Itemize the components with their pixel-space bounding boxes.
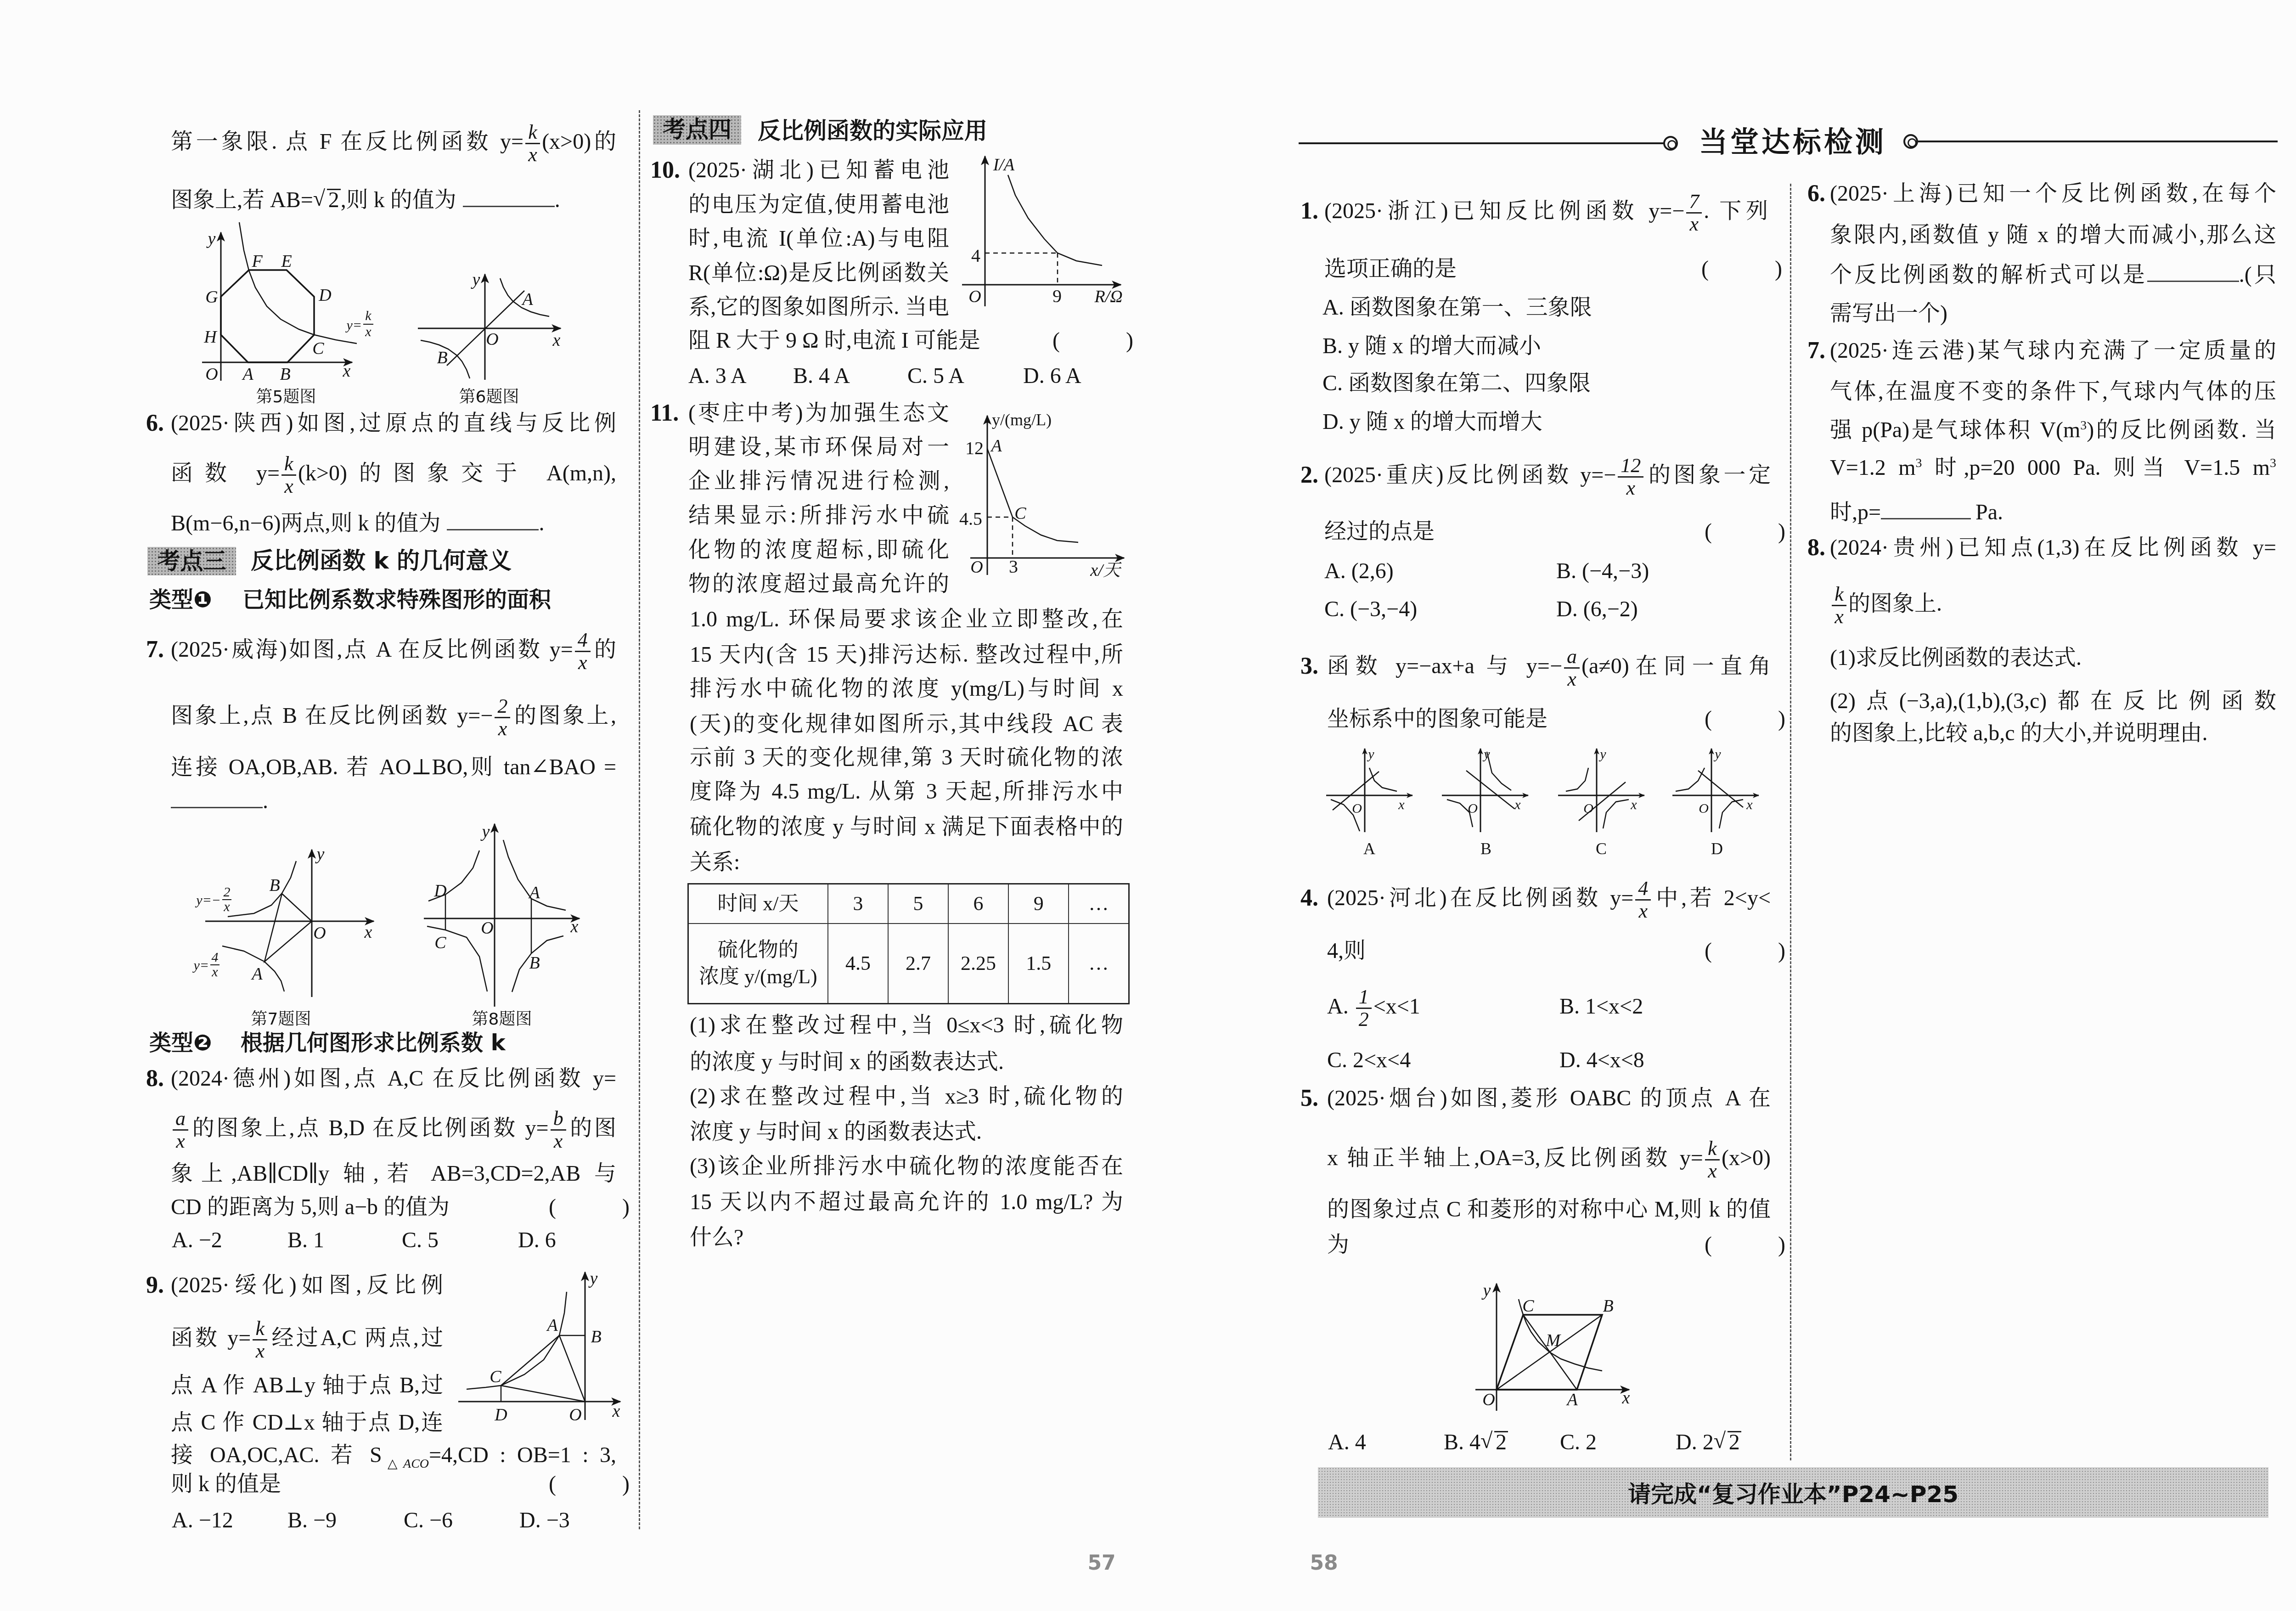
hyperbola-curve: [239, 222, 357, 344]
point-label: E: [281, 252, 292, 271]
axis-label: y: [206, 229, 216, 248]
axis-label: R/Ω: [1094, 287, 1122, 306]
point-label: C: [1014, 504, 1026, 523]
point-label: F: [251, 252, 263, 271]
q3-graph-a: O x y A: [1326, 747, 1412, 858]
origin-label: O: [1352, 801, 1362, 816]
point-label: C: [1522, 1296, 1534, 1316]
tick-label: 4.5: [959, 508, 982, 529]
origin-label: O: [481, 918, 493, 938]
axis-label: y: [471, 270, 480, 289]
axis-label: x: [343, 361, 351, 381]
origin-label: O: [1482, 1390, 1495, 1409]
octagon-shape: [221, 270, 314, 362]
point-label: A: [528, 883, 540, 902]
point-label: A: [546, 1316, 558, 1335]
origin-label: O: [970, 558, 983, 577]
axis-label: y: [480, 822, 490, 841]
point-label: D: [494, 1405, 507, 1425]
figure-q11-concentration: y/(mg/L) 12 A 4.5 C O 3 x/天: [959, 411, 1124, 580]
curve-label-numerator: 2: [224, 884, 231, 900]
q3-graph-c: O x y C: [1558, 747, 1644, 858]
point-label: H: [203, 327, 218, 347]
hyperbola-branch: [1676, 768, 1705, 791]
figure-q8: y D A O x C B 第8题图: [424, 822, 580, 1029]
q3-graph-b: O x y B: [1442, 747, 1528, 858]
axis-label: x: [612, 1402, 620, 1421]
axis-label: y: [315, 845, 325, 864]
figure-caption: 第7题图: [251, 1010, 311, 1029]
axis-label: x: [552, 331, 561, 350]
segment-OC: [501, 1386, 585, 1402]
curve-label-numerator: k: [365, 308, 371, 323]
axis-label: y: [1481, 1281, 1491, 1300]
point-label: A: [250, 964, 263, 984]
axis-label: x: [364, 923, 372, 942]
hyperbola-branch: [1603, 800, 1629, 828]
segment-OA: [559, 1335, 585, 1402]
axis-label: y: [1713, 747, 1721, 762]
point-label: G: [205, 287, 218, 307]
curve-label-denominator: x: [211, 964, 218, 980]
origin-label: O: [205, 365, 218, 384]
origin-label: O: [1699, 801, 1709, 816]
origin-label: O: [1583, 801, 1593, 816]
figure-q5-rhombus: y C B M O A x: [1475, 1281, 1630, 1411]
origin-label: O: [569, 1405, 581, 1425]
axis-label: x: [1630, 797, 1637, 812]
axis-label: y: [1367, 747, 1374, 762]
figures-layer: y F E G D H C O A B x y= k x 第5题图 y A O …: [0, 0, 2296, 1611]
hyperbola-branch: [1566, 768, 1588, 791]
graph-option-label: A: [1363, 839, 1375, 858]
point-label: A: [990, 436, 1002, 456]
point-label: B: [280, 365, 290, 384]
triangle-AOB: [264, 894, 312, 962]
point-label: C: [312, 339, 324, 358]
tick-label: 4: [971, 245, 980, 266]
curve-label: y=−: [195, 893, 221, 908]
hyperbola-branch: [1369, 768, 1397, 791]
point-label: B: [591, 1327, 601, 1346]
point-label: D: [318, 286, 331, 305]
tick-label: 12: [965, 438, 984, 458]
origin-label: O: [486, 330, 498, 349]
tick-label: 9: [1052, 286, 1062, 306]
point-label: B: [437, 348, 447, 367]
figure-q6: y A O x B 第6题图: [418, 270, 561, 406]
curve-label: y=: [192, 958, 209, 973]
curve-label-denominator: x: [223, 899, 230, 914]
axis-label: x/天: [1090, 561, 1121, 580]
figure-caption: 第8题图: [472, 1010, 532, 1029]
axis-label: x: [1746, 797, 1753, 812]
axis-label: y: [1482, 747, 1490, 762]
graph-option-label: C: [1596, 839, 1607, 858]
curve-label-numerator: 4: [212, 950, 219, 965]
q3-graph-d: O x y D: [1672, 747, 1759, 858]
hyperbola-branch: [1487, 752, 1511, 790]
point-label: A: [1565, 1390, 1578, 1409]
graph-option-label: D: [1711, 839, 1723, 858]
point-label: C: [434, 933, 446, 952]
axis-label: x: [1622, 1388, 1630, 1408]
hyperbola-branch: [228, 861, 296, 917]
point-label: M: [1545, 1331, 1561, 1350]
axis-label: x: [1514, 797, 1521, 812]
figure-q5-octagon: y F E G D H C O A B x y= k x 第5题图: [202, 222, 373, 406]
origin-label: O: [1468, 801, 1478, 816]
point-label: B: [529, 953, 540, 973]
point-label: D: [433, 881, 446, 901]
graph-option-label: B: [1480, 839, 1491, 858]
figure-caption: 第6题图: [459, 388, 519, 406]
point-label: B: [269, 876, 280, 895]
segment-AC: [501, 1335, 559, 1386]
figure-q9: y A B C D O x: [458, 1269, 620, 1425]
axis-label: I/A: [993, 155, 1015, 175]
figure-caption: 第5题图: [256, 388, 316, 406]
axis-label: x: [1398, 797, 1405, 812]
hyperbola-curve: [467, 1292, 567, 1389]
curve-label: y=: [345, 318, 362, 333]
figure-q7: y B O x A y=− 2 x y= 4 x 第7题图: [192, 845, 374, 1029]
curve-label-denominator: x: [365, 324, 371, 339]
point-label: A: [521, 290, 533, 309]
figure-q10-current-resistance: I/A 4 O 9 R/Ω: [962, 155, 1123, 306]
hyperbola-curve: [1008, 175, 1102, 265]
point-label: B: [1603, 1296, 1613, 1316]
axis-label: y/(mg/L): [992, 411, 1052, 429]
axis-label: y: [588, 1269, 598, 1288]
origin-label: O: [313, 924, 326, 943]
axis-label: x: [570, 917, 579, 936]
axis-label: y: [1598, 747, 1606, 762]
point-label: C: [490, 1367, 501, 1386]
point-label: A: [241, 365, 253, 384]
segment-AC: [987, 449, 1013, 517]
tick-label: 3: [1009, 556, 1018, 577]
origin-label: O: [968, 287, 981, 306]
